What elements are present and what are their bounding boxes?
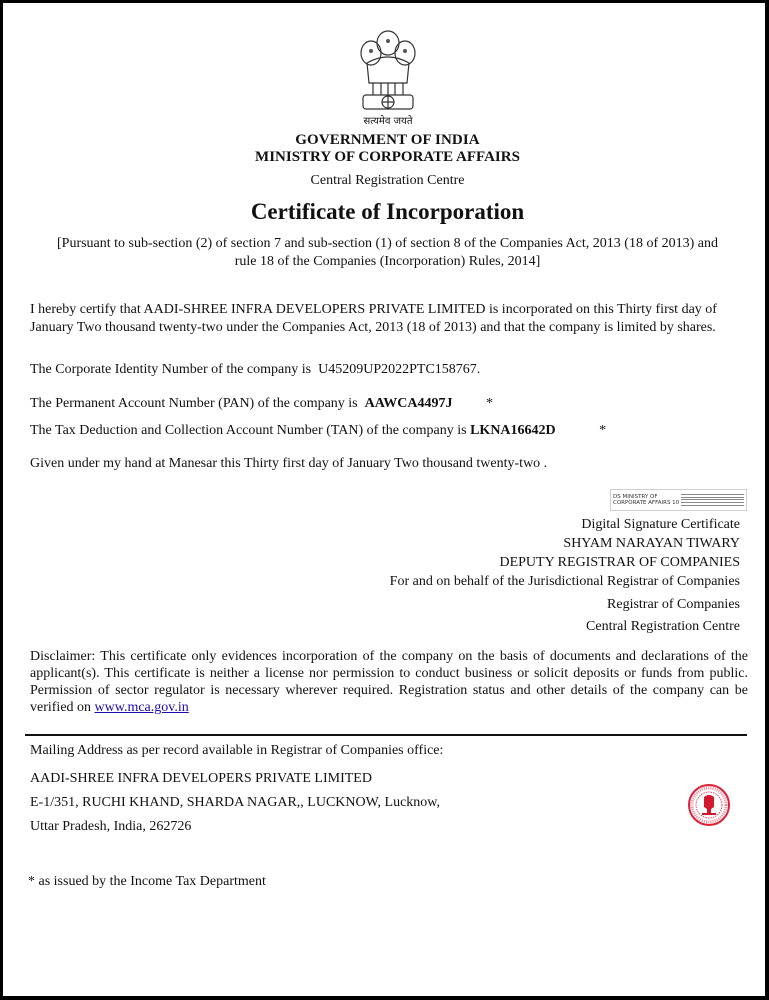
tan-line: The Tax Deduction and Collection Account… — [30, 422, 748, 440]
pursuant-line-2: rule 18 of the Companies (Incorporation)… — [3, 253, 769, 271]
digital-signature-stamp: DS MINISTRY OF CORPORATE AFFAIRS 10 — [610, 489, 747, 511]
cin-label: The Corporate Identity Number of the com… — [30, 362, 311, 377]
section-divider — [25, 734, 747, 736]
mca-website-link[interactable]: www.mca.gov.in — [95, 700, 189, 715]
certificate-title: Certificate of Incorporation — [3, 199, 769, 225]
registration-centre: Central Registration Centre — [3, 173, 769, 189]
certificate-page: सत्यमेव जयते GOVERNMENT OF INDIA MINISTR… — [3, 3, 765, 996]
pursuant-clause: [Pursuant to sub-section (2) of section … — [3, 235, 769, 271]
signature-line-6: Central Registration Centre — [586, 619, 740, 635]
mailing-company-name: AADI-SHREE INFRA DEVELOPERS PRIVATE LIMI… — [30, 771, 372, 787]
signature-line-5: Registrar of Companies — [607, 597, 740, 613]
signature-line-1: Digital Signature Certificate — [581, 517, 740, 533]
government-heading: GOVERNMENT OF INDIA — [3, 132, 769, 149]
footnote: * as issued by the Income Tax Department — [28, 874, 266, 890]
cin-value: U45209UP2022PTC158767. — [318, 362, 480, 377]
state-emblem-icon — [353, 21, 423, 126]
pan-label: The Permanent Account Number (PAN) of th… — [30, 396, 358, 411]
tan-value: LKNA16642D — [470, 423, 556, 438]
given-under-hand: Given under my hand at Manesar this Thir… — [30, 455, 748, 473]
pursuant-line-1: [Pursuant to sub-section (2) of section … — [3, 235, 769, 253]
digital-signature-details — [681, 493, 746, 507]
certify-paragraph: I hereby certify that AADI-SHREE INFRA D… — [30, 301, 748, 336]
tan-label: The Tax Deduction and Collection Account… — [30, 423, 467, 438]
mailing-address-heading: Mailing Address as per record available … — [30, 743, 443, 759]
pan-value: AAWCA4497J — [365, 396, 453, 411]
mca-seal-icon — [687, 783, 731, 827]
pan-asterisk: * — [486, 395, 493, 413]
mailing-address-line-1: E-1/351, RUCHI KHAND, SHARDA NAGAR,, LUC… — [30, 795, 440, 811]
signature-line-4: For and on behalf of the Jurisdictional … — [390, 574, 740, 590]
cin-line: The Corporate Identity Number of the com… — [30, 361, 748, 379]
signatory-name: SHYAM NARAYAN TIWARY — [563, 536, 740, 552]
pan-line: The Permanent Account Number (PAN) of th… — [30, 395, 748, 413]
disclaimer: Disclaimer: This certificate only eviden… — [30, 648, 748, 716]
emblem-motto: सत्यमेव जयते — [333, 113, 443, 127]
ministry-heading: MINISTRY OF CORPORATE AFFAIRS — [3, 149, 769, 166]
digital-signature-stamp-text: DS MINISTRY OF CORPORATE AFFAIRS 10 — [611, 494, 681, 506]
tan-asterisk: * — [599, 422, 606, 440]
mailing-address-line-2: Uttar Pradesh, India, 262726 — [30, 819, 191, 835]
signatory-designation: DEPUTY REGISTRAR OF COMPANIES — [499, 555, 740, 571]
